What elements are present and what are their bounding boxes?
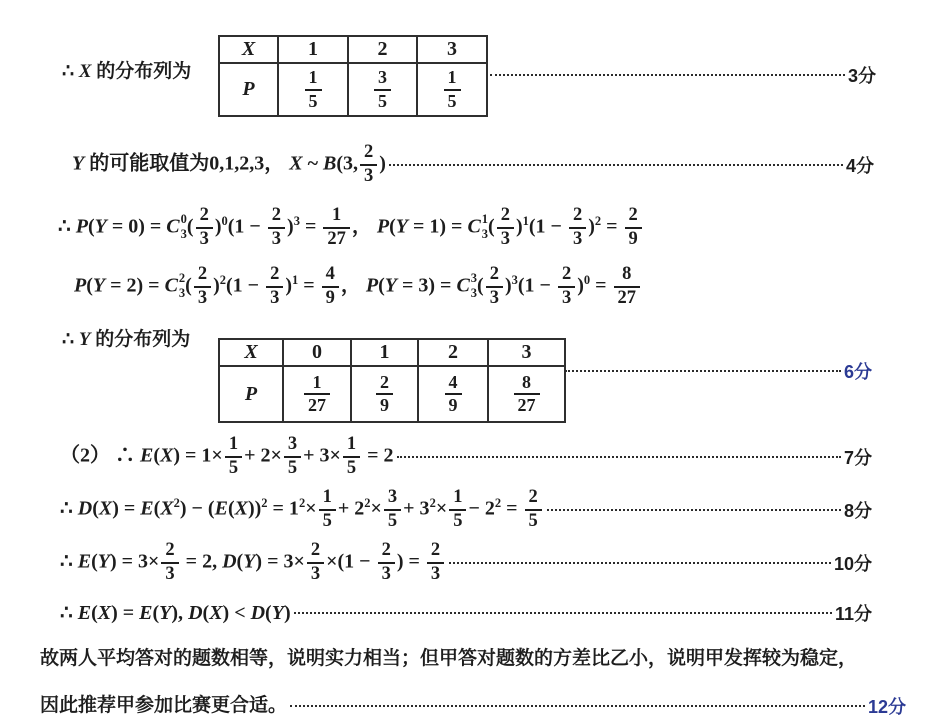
fraction: 25 xyxy=(525,488,542,532)
fraction: 23 xyxy=(497,206,514,250)
table-row: P 127 29 49 827 xyxy=(219,366,565,422)
table-header-p: P xyxy=(219,63,278,116)
fraction: 35 xyxy=(374,68,391,111)
conclusion-row-2: 因此推荐甲参加比赛更合适。 12分 xyxy=(40,692,906,720)
score-label: 6分 xyxy=(844,358,872,384)
score-label: 4分 xyxy=(846,152,874,178)
score-label: 3分 xyxy=(848,62,876,88)
fraction: 23 xyxy=(307,541,324,585)
x-distribution-intro: ∴ X 的分布列为 xyxy=(62,62,191,83)
dx-row: ∴ D(X) = E(X2) − (E(X))2 = 12×15+ 22×35+… xyxy=(60,485,872,535)
fraction: 23 xyxy=(558,265,575,309)
compare-formula: ∴ E(X) = E(Y), D(X) < D(Y) xyxy=(60,602,291,624)
table-header-p: P xyxy=(219,366,283,422)
table-cell: 2 xyxy=(418,339,488,366)
ex-row: （2） ∴ E(X) = 1×15+ 2×35+ 3×15 = 2 7分 xyxy=(60,432,872,482)
fraction: 23 xyxy=(569,206,586,250)
table-cell: 49 xyxy=(418,366,488,422)
y-values-row: Y 的可能取值为0,1,2,3， X ~ B(3,23) 4分 xyxy=(72,142,874,188)
fraction: 23 xyxy=(194,265,211,309)
fraction: 23 xyxy=(268,206,285,250)
dx-formula: ∴ D(X) = E(X2) − (E(X))2 = 12×15+ 22×35+… xyxy=(60,488,544,532)
fraction: 827 xyxy=(614,265,641,309)
fraction: 23 xyxy=(378,541,395,585)
y-distribution-table: X 0 1 2 3 P 127 29 49 827 xyxy=(218,338,566,423)
probability-row-2: P(Y = 2) = C23(23)2(1 − 23)1 = 49， P(Y =… xyxy=(74,261,642,313)
dotted-leader xyxy=(547,509,841,511)
dotted-leader xyxy=(490,74,845,76)
score-row-6: 6分 xyxy=(562,358,872,384)
fraction: 15 xyxy=(225,435,242,479)
probability-formula: P(Y = 2) = C23(23)2(1 − 23)1 = 49， P(Y =… xyxy=(74,265,642,309)
fraction: 15 xyxy=(444,68,461,111)
table-cell: 15 xyxy=(417,63,487,116)
table-cell: 127 xyxy=(283,366,351,422)
table-row: X 1 2 3 xyxy=(219,36,487,63)
ey-formula: ∴ E(Y) = 3×23 = 2, D(Y) = 3×23×(1 − 23) … xyxy=(60,541,446,585)
fraction: 827 xyxy=(514,373,540,416)
fraction: 15 xyxy=(449,488,466,532)
ex-formula: （2） ∴ E(X) = 1×15+ 2×35+ 3×15 = 2 xyxy=(60,435,394,479)
score-label: 11分 xyxy=(835,600,872,626)
table-cell: 29 xyxy=(351,366,418,422)
dotted-leader xyxy=(290,705,865,707)
conclusion-line-2: 因此推荐甲参加比赛更合适。 xyxy=(40,695,287,718)
table-cell: 1 xyxy=(278,36,348,63)
fraction: 49 xyxy=(445,373,462,416)
fraction: 29 xyxy=(376,373,393,416)
table-cell: 2 xyxy=(348,36,417,63)
fraction: 23 xyxy=(266,265,283,309)
fraction: 15 xyxy=(319,488,336,532)
table-cell: 0 xyxy=(283,339,351,366)
score-label: 10分 xyxy=(834,550,872,576)
fraction: 127 xyxy=(323,206,350,250)
table-cell: 35 xyxy=(348,63,417,116)
table-cell: 827 xyxy=(488,366,565,422)
dotted-leader xyxy=(397,456,841,458)
table-header-x: X xyxy=(219,36,278,63)
score-label: 12分 xyxy=(868,693,906,719)
table-row: X 0 1 2 3 xyxy=(219,339,565,366)
x-distribution-table: X 1 2 3 P 15 35 15 xyxy=(218,35,488,117)
conclusion-line-1: 故两人平均答对的题数相等，说明实力相当；但甲答对题数的方差比乙小，说明甲发挥较为… xyxy=(40,648,857,671)
table-header-x: X xyxy=(219,339,283,366)
fraction: 23 xyxy=(161,541,178,585)
score-label: 8分 xyxy=(844,497,872,523)
fraction: 15 xyxy=(305,68,322,111)
score-row-3: 3分 xyxy=(487,62,876,88)
dotted-leader xyxy=(389,164,843,166)
score-label: 7分 xyxy=(844,444,872,470)
fraction: 15 xyxy=(343,435,360,479)
fraction: 23 xyxy=(486,265,503,309)
fraction: 23 xyxy=(196,206,213,250)
ey-row: ∴ E(Y) = 3×23 = 2, D(Y) = 3×23×(1 − 23) … xyxy=(60,538,872,588)
fraction: 49 xyxy=(322,265,339,309)
y-values-formula: Y 的可能取值为0,1,2,3， X ~ B(3,23) xyxy=(72,143,386,187)
dotted-leader xyxy=(449,562,831,564)
table-cell: 15 xyxy=(278,63,348,116)
dotted-leader xyxy=(294,612,832,614)
table-cell: 3 xyxy=(488,339,565,366)
fraction: 29 xyxy=(625,206,642,250)
table-cell: 1 xyxy=(351,339,418,366)
table-row: P 15 35 15 xyxy=(219,63,487,116)
probability-row-1: ∴ P(Y = 0) = C03(23)0(1 − 23)3 = 127， P(… xyxy=(58,202,644,254)
fraction: 35 xyxy=(384,488,401,532)
fraction: 35 xyxy=(284,435,301,479)
fraction: 127 xyxy=(304,373,330,416)
probability-formula: ∴ P(Y = 0) = C03(23)0(1 − 23)3 = 127， P(… xyxy=(58,206,644,250)
document-page: ∴ X 的分布列为 X 1 2 3 P 15 35 15 3分 Y 的可能取值为… xyxy=(0,0,952,727)
fraction: 23 xyxy=(427,541,444,585)
compare-row: ∴ E(X) = E(Y), D(X) < D(Y) 11分 xyxy=(60,596,872,630)
fraction: 23 xyxy=(360,143,377,187)
y-distribution-intro: ∴ Y 的分布列为 xyxy=(62,330,190,351)
table-cell: 3 xyxy=(417,36,487,63)
dotted-leader xyxy=(565,370,841,372)
